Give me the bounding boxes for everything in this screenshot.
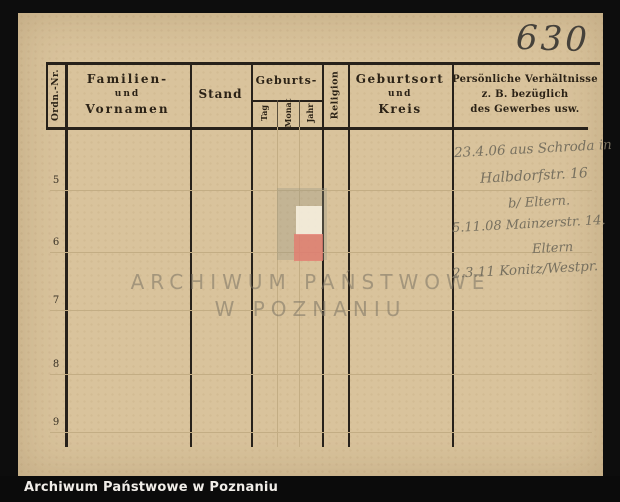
subcolumn-header-tag: Tag <box>259 105 269 121</box>
column-header-geburtsort: Geburtsort und Kreis <box>348 62 452 127</box>
stand-label: Stand <box>198 86 242 103</box>
column-header-ordn-nr: Ordn.-Nr. <box>51 69 61 121</box>
handwritten-page-number: 630 <box>515 18 590 61</box>
geburts-label: Geburts- <box>256 73 318 89</box>
familien-line-2: und <box>115 88 140 101</box>
subcolumn-header-jahr: Jahr <box>305 104 315 123</box>
familien-line-3: Vornamen <box>85 101 169 118</box>
row-rule-8 <box>50 374 592 375</box>
archive-logo-red-square <box>294 234 323 261</box>
row-number-9: 9 <box>48 417 64 428</box>
row-number-6: 6 <box>48 237 64 248</box>
watermark-text-line-1: ARCHIWUM PAŃSTWOWE <box>18 270 603 294</box>
handwritten-note-5: Eltern <box>532 240 574 257</box>
column-header-familien: Familien- und Vornamen <box>65 62 190 127</box>
archive-logo-white-square <box>296 206 322 235</box>
handwritten-note-2: Halbdorfstr. 16 <box>480 165 589 187</box>
footer-bar: Archiwum Państwowe w Poznaniu <box>0 476 620 502</box>
column-header-persoenliche: Persönliche Verhältnisse z. B. bezüglich… <box>452 62 598 127</box>
column-rule-stand <box>251 62 253 447</box>
persoenliche-line-2: z. B. bezüglich <box>482 87 569 102</box>
subcolumn-header-monat: Monat <box>283 99 293 128</box>
document-page: Ordn.-Nr. Familien- und Vornamen Stand G… <box>18 13 603 476</box>
handwritten-note-3: b/ Eltern. <box>508 193 571 211</box>
persoenliche-line-3: des Gewerbes usw. <box>470 102 579 117</box>
row-number-8: 8 <box>48 359 64 370</box>
header-bottom-rule <box>46 127 588 130</box>
archive-caption: Archiwum Państwowe w Poznaniu <box>24 480 278 495</box>
geburtsort-line-1: Geburtsort <box>356 71 445 88</box>
handwritten-note-4: 5.11.08 Mainzerstr. 14. <box>452 213 606 236</box>
column-header-stand: Stand <box>190 62 251 127</box>
subcolumn-rule-tag-header <box>277 100 278 127</box>
watermark-text-line-2: W POZNANIU <box>18 297 603 321</box>
geburtsort-line-3: Kreis <box>378 101 421 118</box>
row-rule-9 <box>50 432 592 433</box>
column-header-geburts: Geburts- <box>251 62 322 100</box>
row-number-5: 5 <box>48 175 64 186</box>
persoenliche-line-1: Persönliche Verhältnisse <box>452 72 598 87</box>
column-header-religion: Religion <box>330 71 341 120</box>
geburtsort-line-2: und <box>388 88 412 101</box>
scan-viewport: Ordn.-Nr. Familien- und Vornamen Stand G… <box>0 0 620 502</box>
header-left-rule <box>46 62 48 127</box>
handwritten-note-1: 23.4.06 aus Schroda in <box>454 137 612 161</box>
subcolumn-rule-monat-header <box>299 100 300 127</box>
familien-line-1: Familien- <box>87 71 168 88</box>
